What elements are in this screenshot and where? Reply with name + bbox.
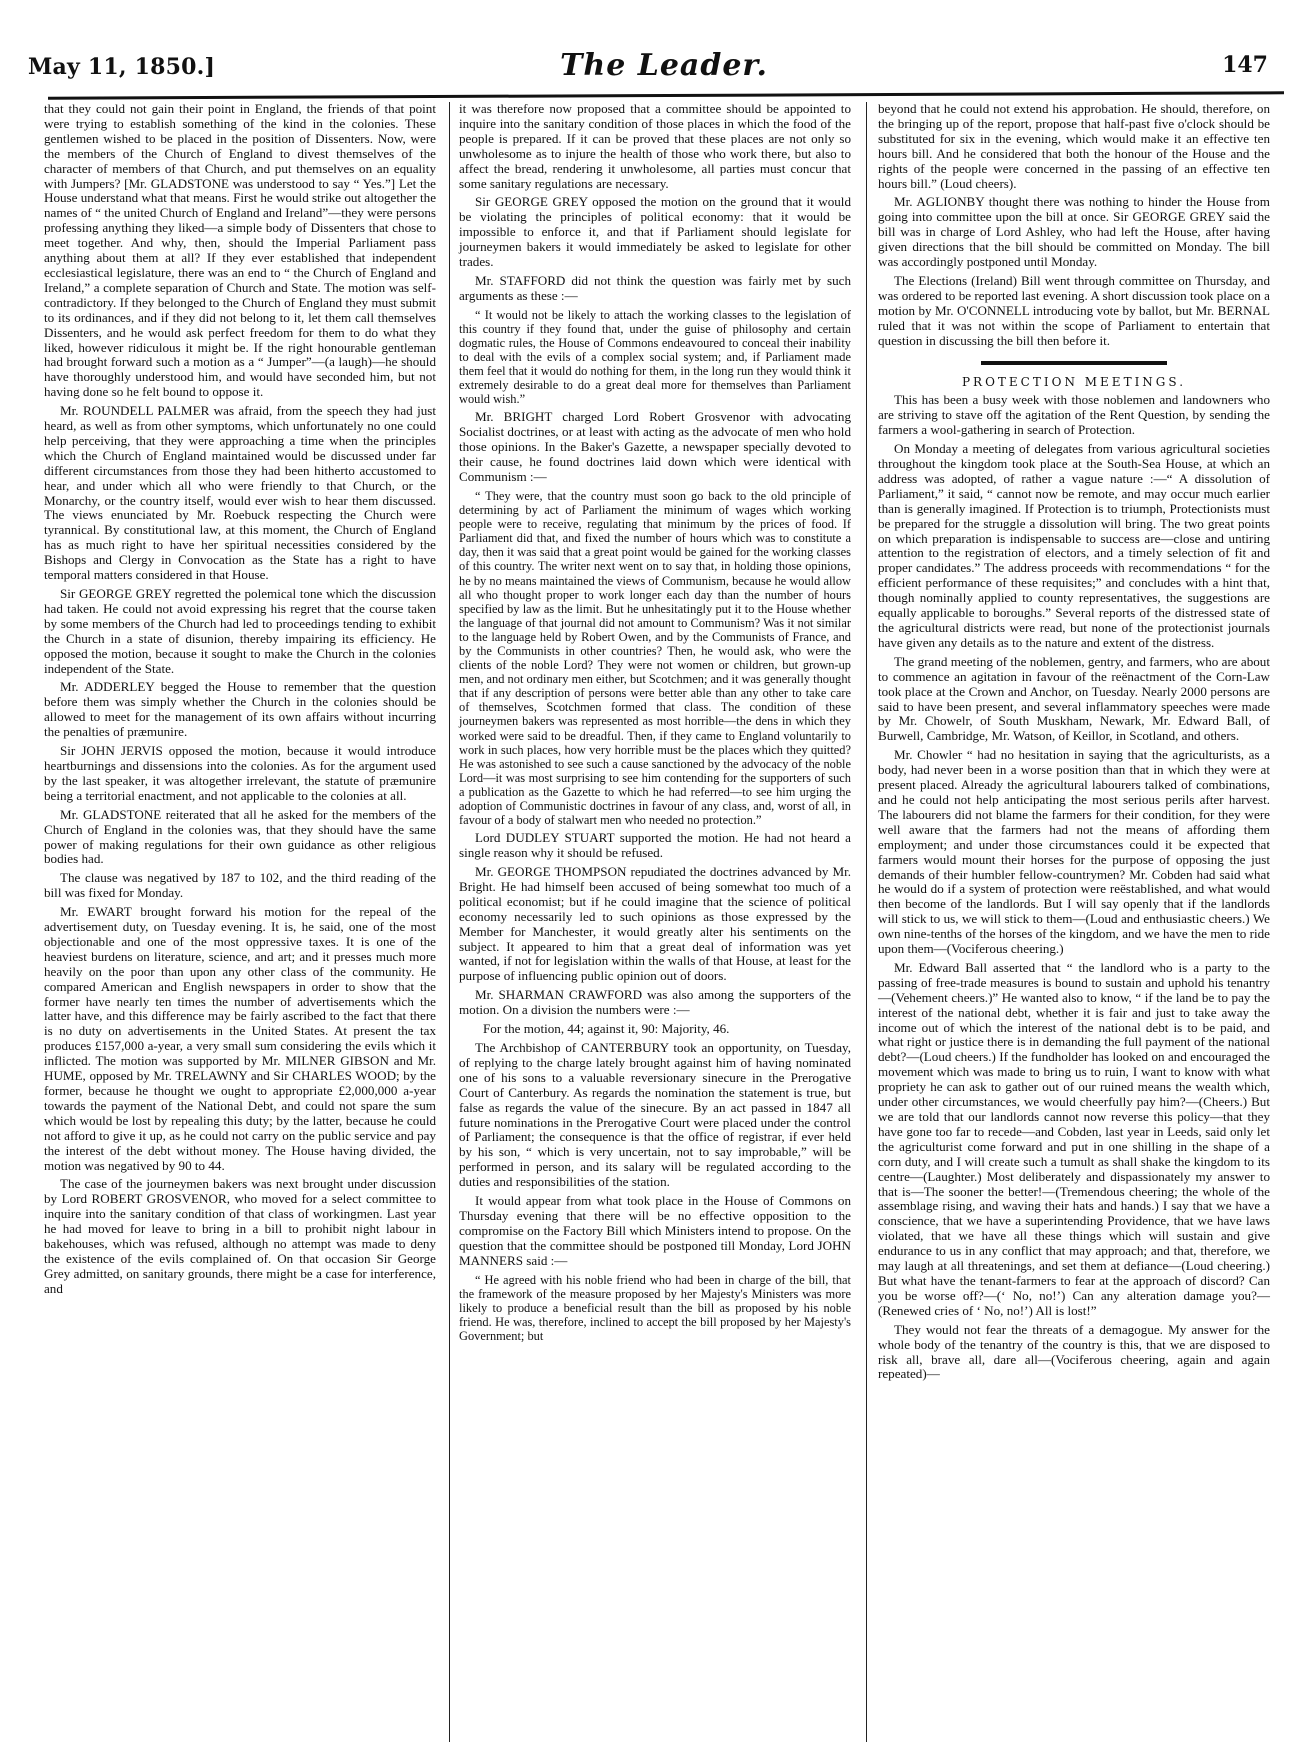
division-result: For the motion, 44; against it, 90: Majo…	[459, 1022, 851, 1037]
page-number: 147	[1222, 52, 1268, 78]
paragraph: Sir GEORGE GREY opposed the motion on th…	[459, 195, 851, 270]
paragraph: Sir GEORGE GREY regretted the polemical …	[44, 587, 436, 676]
paragraph: Mr. AGLIONBY thought there was nothing t…	[878, 195, 1270, 270]
quoted-paragraph: “ They were, that the country must soon …	[459, 489, 851, 827]
paragraph: it was therefore now proposed that a com…	[459, 102, 851, 191]
column-1: that they could not gain their point in …	[44, 102, 436, 1301]
paragraph: The case of the journeymen bakers was ne…	[44, 1177, 436, 1296]
paragraph: They would not fear the threats of a dem…	[878, 1323, 1270, 1383]
paragraph: Mr. ROUNDELL PALMER was afraid, from the…	[44, 404, 436, 583]
paragraph: The grand meeting of the noblemen, gentr…	[878, 655, 1270, 744]
paragraph: that they could not gain their point in …	[44, 102, 436, 400]
paragraph: Mr. GEORGE THOMPSON repudiated the doctr…	[459, 865, 851, 984]
column-divider	[866, 102, 867, 1742]
quoted-paragraph: “ It would not be likely to attach the w…	[459, 308, 851, 407]
paragraph: Sir JOHN JERVIS opposed the motion, beca…	[44, 744, 436, 804]
paragraph: It would appear from what took place in …	[459, 1194, 851, 1269]
article-columns: that they could not gain their point in …	[44, 102, 1288, 1732]
paragraph: Mr. Edward Ball asserted that “ the land…	[878, 961, 1270, 1319]
paragraph: The Archbishop of CANTERBURY took an opp…	[459, 1041, 851, 1190]
column-3: beyond that he could not extend his appr…	[878, 102, 1270, 1386]
paragraph: On Monday a meeting of delegates from va…	[878, 442, 1270, 651]
section-divider	[981, 361, 1167, 365]
paragraph: The Elections (Ireland) Bill went throug…	[878, 274, 1270, 349]
section-heading: PROTECTION MEETINGS.	[878, 375, 1270, 390]
newspaper-title: The Leader.	[28, 48, 1300, 83]
paragraph: Mr. STAFFORD did not think the question …	[459, 274, 851, 304]
paragraph: Mr. SHARMAN CRAWFORD was also among the …	[459, 988, 851, 1018]
paragraph: Mr. EWART brought forward his motion for…	[44, 905, 436, 1173]
paragraph: Mr. ADDERLEY begged the House to remembe…	[44, 680, 436, 740]
paragraph: The clause was negatived by 187 to 102, …	[44, 871, 436, 901]
column-2: it was therefore now proposed that a com…	[459, 102, 851, 1347]
paragraph: Lord DUDLEY STUART supported the motion.…	[459, 831, 851, 861]
paragraph: Mr. Chowler “ had no hesitation in sayin…	[878, 748, 1270, 957]
masthead: May 11, 1850.] The Leader. 147	[28, 48, 1300, 94]
paragraph: This has been a busy week with those nob…	[878, 393, 1270, 438]
quoted-paragraph: “ He agreed with his noble friend who ha…	[459, 1273, 851, 1343]
paragraph: Mr. BRIGHT charged Lord Robert Grosvenor…	[459, 410, 851, 485]
column-divider	[449, 102, 450, 1742]
paragraph: beyond that he could not extend his appr…	[878, 102, 1270, 191]
paragraph: Mr. GLADSTONE reiterated that all he ask…	[44, 808, 436, 868]
